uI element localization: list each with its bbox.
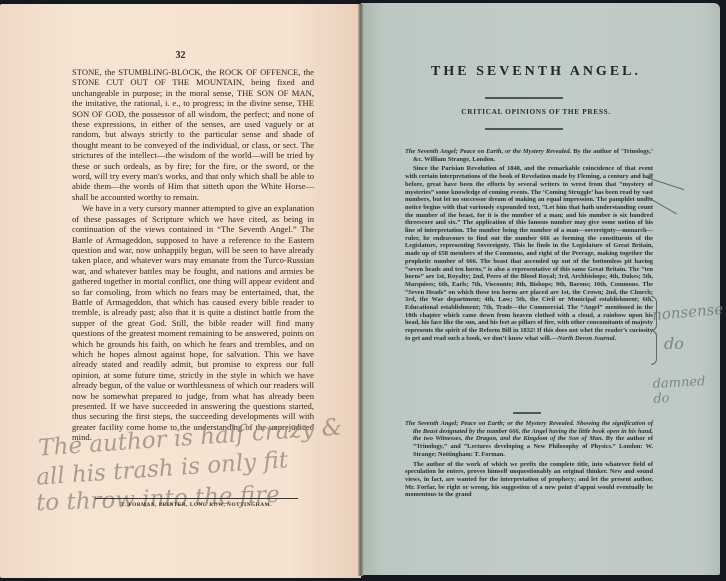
review-1: The Seventh Angel; Peace on Earth, or th… <box>405 148 653 343</box>
review-2-heading: The Seventh Angel; Peace on Earth; or th… <box>405 420 653 459</box>
review-divider <box>513 412 541 414</box>
review-1-heading: The Seventh Angel; Peace on Earth, or th… <box>405 148 653 163</box>
left-page-body: STONE, the STUMBLING-BLOCK, the ROCK OF … <box>72 67 314 443</box>
paragraph-1-rest: the rational, i. e., to progress; in the… <box>72 98 314 202</box>
title-divider <box>485 97 563 99</box>
book-gutter <box>358 4 363 576</box>
page-number: 32 <box>0 50 361 61</box>
review-1-source: North Devon Journal. <box>558 335 616 342</box>
margin-note-damned-ditto: damned do <box>652 373 726 407</box>
review-2: The Seventh Angel; Peace on Earth; or th… <box>405 420 653 499</box>
review-1-text: Since the Parisian Revolution of 1848, a… <box>405 165 653 341</box>
page-subtitle: CRITICAL OPINIONS OF THE PRESS. <box>361 107 711 116</box>
margin-brace-2 <box>651 330 657 365</box>
review-1-title: The Seventh Angel; Peace on Earth, or th… <box>405 148 571 155</box>
margin-note-ditto: do <box>664 334 684 353</box>
paragraph-2: We have in a very cursory manner attempt… <box>72 203 314 442</box>
printer-divider <box>95 498 298 499</box>
paragraph-1: STONE, the STUMBLING-BLOCK, the ROCK OF … <box>72 67 314 202</box>
page-title: THE SEVENTH ANGEL. <box>361 64 711 80</box>
printer-imprint: T. FORMAN, PRINTER, LONG ROW, NOTTINGHAM… <box>95 502 298 508</box>
review-2-body: The author of the work of which we prefi… <box>405 461 653 500</box>
subtitle-divider <box>485 128 563 130</box>
review-1-body: Since the Parisian Revolution of 1848, a… <box>405 165 653 342</box>
